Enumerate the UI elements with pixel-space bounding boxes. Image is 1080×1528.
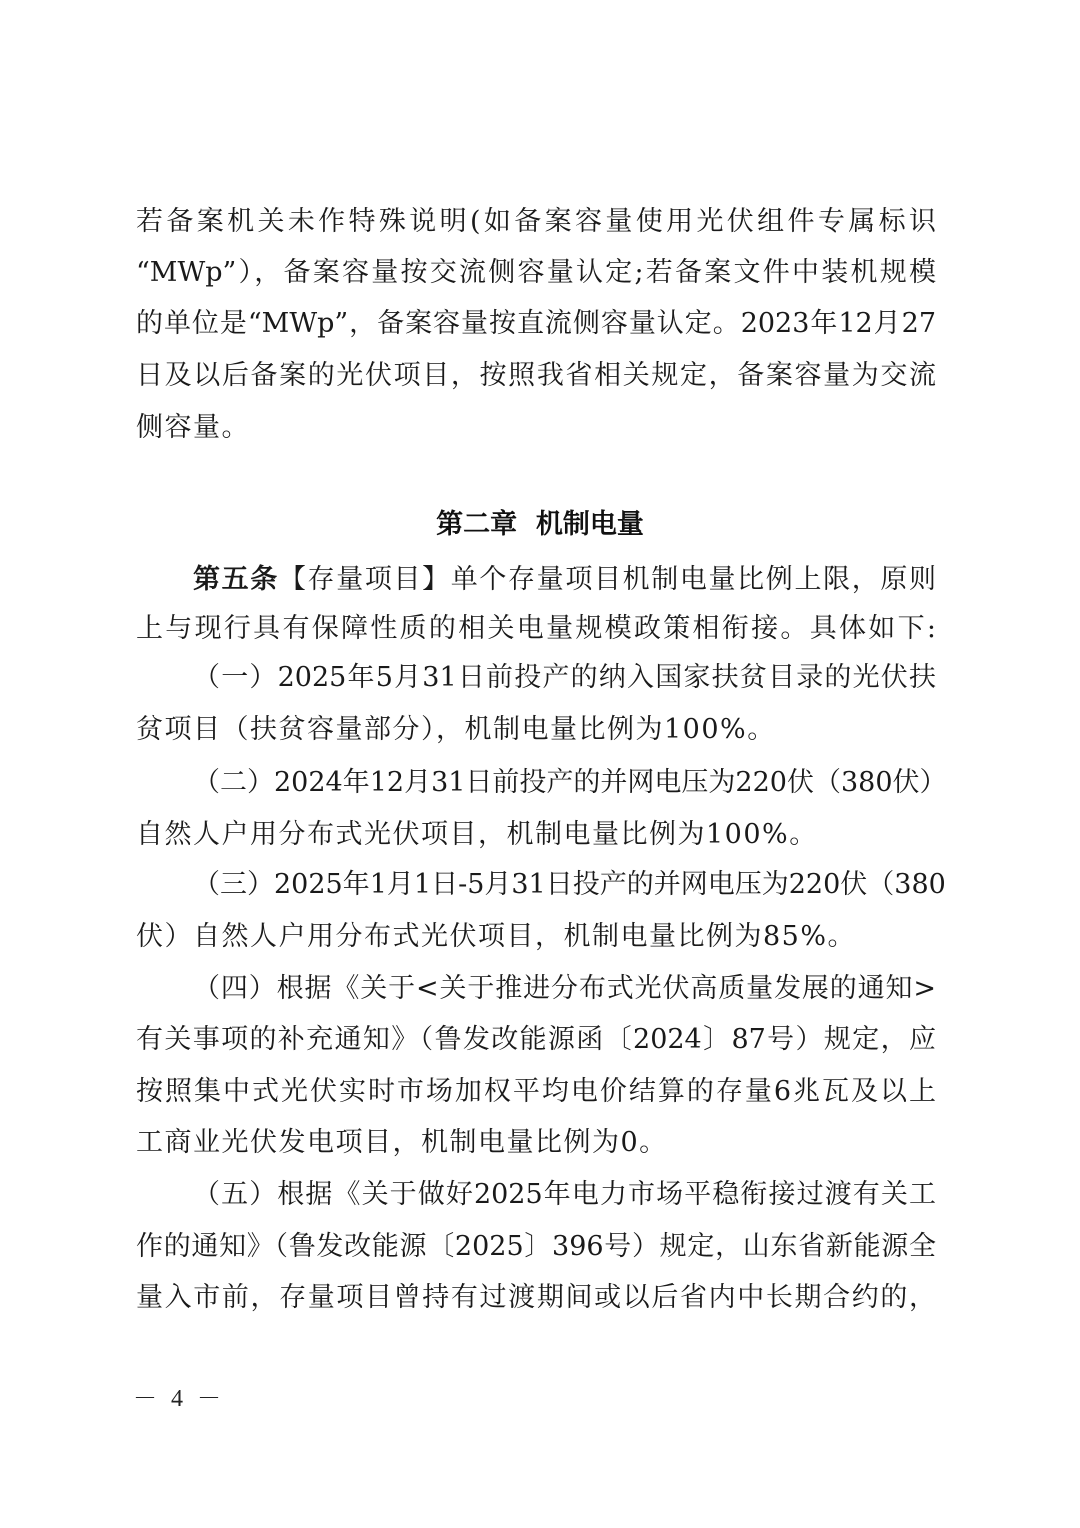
item-line: （四）根据《关于<关于推进分布式光伏高质量发展的通知> [193,971,936,1007]
paragraph-line: 的单位是“MWp”，备案容量按直流侧容量认定。2023年12月27 [136,306,936,342]
article-number: 第五条 [193,564,279,595]
paragraph-line: 若备案机关未作特殊说明(如备案容量使用光伏组件专属标识 [136,204,936,240]
paragraph-line: 上与现行具有保障性质的相关电量规模政策相衔接。具体如下: [136,611,936,647]
chapter-heading: 第二章 机制电量 [0,507,1080,543]
item-line: （五）根据《关于做好2025年电力市场平稳衔接过渡有关工 [193,1177,936,1213]
item-line: 量入市前，存量项目曾持有过渡期间或以后省内中长期合约的， [136,1280,936,1316]
item-line: 按照集中式光伏实时市场加权平均电价结算的存量6兆瓦及以上 [136,1074,936,1110]
paragraph-line: “MWp”），备案容量按交流侧容量认定;若备案文件中装机规模 [136,255,936,291]
paragraph-line: 侧容量。 [136,410,936,446]
item-line: 伏）自然人户用分布式光伏项目，机制电量比例为85%。 [136,919,936,955]
item-line: （二）2024年12月31日前投产的并网电压为220伏（380伏） [193,765,936,801]
document-page: 若备案机关未作特殊说明(如备案容量使用光伏组件专属标识 “MWp”），备案容量按… [0,0,1080,1528]
paragraph-line: 日及以后备案的光伏项目，按照我省相关规定，备案容量为交流 [136,358,936,394]
item-line: （一）2025年5月31日前投产的纳入国家扶贫目录的光伏扶 [193,660,936,696]
article-first-line: 第五条【存量项目】单个存量项目机制电量比例上限，原则 [193,562,936,598]
page-number: － 4 － [133,1384,225,1414]
article-text: 【存量项目】单个存量项目机制电量比例上限，原则 [279,564,936,595]
item-line: （三）2025年1月1日-5月31日投产的并网电压为220伏（380 [193,867,936,903]
item-line: 作的通知》（鲁发改能源〔2025〕396号）规定，山东省新能源全 [136,1229,936,1265]
item-line: 贫项目（扶贫容量部分），机制电量比例为100%。 [136,712,936,748]
item-line: 工商业光伏发电项目，机制电量比例为0。 [136,1125,936,1161]
item-line: 自然人户用分布式光伏项目，机制电量比例为100%。 [136,817,936,853]
item-line: 有关事项的补充通知》（鲁发改能源函〔2024〕87号）规定，应 [136,1022,936,1058]
